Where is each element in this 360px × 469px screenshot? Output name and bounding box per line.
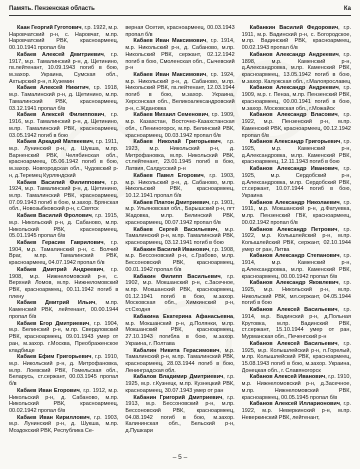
memorial-entry: Кабаев Аркадий Матвеевич, г.р. 1911, м.р… <box>9 139 118 179</box>
memorial-entry: Кабаев Михаил Семенович, г.р. 1909, м.р.… <box>125 112 234 139</box>
memorial-entry: Кабаев Дмитрий Ильич, м.пр. Каменский РВ… <box>9 300 118 320</box>
entry-person-name: Кабаев Аркадий Матвеевич <box>17 139 93 145</box>
memorial-entry: Кабалов Владимир Дмитриевич, г.р. 1925, … <box>125 374 234 394</box>
entry-person-name: Кабакин Василий Иванович <box>133 247 209 253</box>
memorial-entry: Кабанов Александр Николаевич, г.р. 1911,… <box>242 200 351 227</box>
memorial-entry: Кабаев Алексей Филиппович, г.р. 1916, м.… <box>9 112 118 139</box>
memorial-entry: Кабаев Дмитрий Андреевич, г.р. 1908, м.р… <box>9 267 118 301</box>
entry-person-name: Кабаев Герасим Гаврилович <box>17 240 104 246</box>
entry-person-name: Кабанов Александр Григорьевич <box>250 139 341 145</box>
entry-person-name: Кабанов Александр Степанович <box>250 253 340 259</box>
entry-person-name: Кабалин Никита Герасимович <box>133 348 219 354</box>
entry-person-name: Кабанов Алексей Илларионович <box>250 401 340 407</box>
entry-person-name: Кабанкин Василий Федорович <box>250 25 338 31</box>
page-header: Память. Пензенская область Ка <box>9 6 351 16</box>
entry-details: , г.р. 1911, м.р. Лунинский р-н, д. Шукш… <box>9 139 118 179</box>
entry-person-name: Кабанин Григорий Дмитриевич <box>133 395 222 401</box>
memorial-entry: Кабаев Сергей Васильевич, м.р. Тамалинск… <box>125 227 234 247</box>
entry-person-name: Кабаев Николай Григорьевич <box>133 139 220 145</box>
memorial-entry: Кабаев Алексей Никитич, г.р. 1918, м.р. … <box>9 85 118 112</box>
entry-person-name: Кабанов Александр Яковлевич <box>250 280 339 286</box>
memorial-entry: Кабанов Алексей Васильевич, г.р. 1914, м… <box>242 307 351 341</box>
entry-person-name: Кабаев Иван Максимович <box>133 38 206 44</box>
entry-person-name: Кабаев Дмитрий Андреевич <box>17 267 103 273</box>
entry-person-name: Кабаев Василий Фролович <box>17 213 92 219</box>
memorial-entry: Кабаев Егор Дмитриевич, г.р. 1904, м.р. … <box>9 321 118 355</box>
entry-person-name: Кабакина Екатерина Афанасьевна <box>133 314 233 320</box>
entry-person-name: Кабаев Сергей Васильевич <box>133 227 217 233</box>
entry-details: , г.р. 1924, м.р. Никольский р-н, д. Саб… <box>125 72 234 112</box>
entry-person-name: Кабаев Алексей Филиппович <box>17 112 104 118</box>
memorial-entry: Кабанов Александр Иванович, г.р. 1925, м… <box>242 166 351 200</box>
entry-person-name: Кабакин Филипп Васильевич <box>133 274 220 280</box>
entry-person-name: Кабалов Владимир Дмитриевич <box>133 374 223 380</box>
page-footer: – 5 – <box>0 454 360 461</box>
memorial-entry: Кабакин Филипп Васильевич, г.р. 1902, м.… <box>125 274 234 314</box>
entry-details: , г.р. 1902, м.р. Мокшанский р-н, с.Засе… <box>125 274 234 314</box>
memorial-entry: Кабаев Иван Кириллович, г.р. 1903, м.р. … <box>9 415 118 435</box>
memorial-entry: Кабанов Александр Власович, г.р. 1922, м… <box>242 112 351 139</box>
header-letter-index: Ка <box>344 6 351 12</box>
memorial-entry: Кабаев Иван Егорович, г.р. 1912, м.р. Ни… <box>9 388 118 415</box>
memorial-entry: Кабанов Александр Григорьевич, г.р. 1925… <box>242 139 351 166</box>
memorial-entry: Кабанкин Василий Федорович, г.р. 1911, м… <box>242 25 351 52</box>
memorial-entry: Кабанов Александр Степанович, г.р. 1914,… <box>242 253 351 280</box>
text-columns: Каан Георгий Гуготович, г.р. 1922, м.р. … <box>9 25 351 435</box>
entry-details: , г.р. 1913, м.р. Бессоновский р-н, м.пр… <box>125 395 234 435</box>
memorial-entry: Кабанов Алексей Васильевич, г.р. 1925, м… <box>242 341 351 375</box>
column-3: Кабанкин Василий Федорович, г.р. 1911, м… <box>242 25 351 435</box>
memorial-entry: верная Осетия, красноармеец, 00.03.1943 … <box>125 25 234 38</box>
entry-person-name: Кабанов Алексей Иванович <box>250 374 326 380</box>
memorial-entry: Каан Георгий Гуготович, г.р. 1922, м.р. … <box>9 25 118 52</box>
memorial-entry: Кабаев Василий Фролович, г.р. 1915, м.р.… <box>9 213 118 240</box>
memorial-entry: Кабаев Герасим Гаврилович, г.р. 1904, м.… <box>9 240 118 267</box>
entry-person-name: Кабанов Александр Николаевич <box>250 200 340 206</box>
entry-person-name: Кабаев Павел Егорович <box>133 173 203 179</box>
entry-person-name: Кабаев Алексей Никитич <box>17 85 89 91</box>
entry-person-name: Кабанов Александр Власович <box>250 112 338 118</box>
entry-person-name: Кабаев Ефим Григорьевич <box>17 354 91 360</box>
entry-details: верная Осетия, красноармеец, 00.03.1943 … <box>125 25 234 38</box>
entry-person-name: Кабаев Платон Дмитриевич <box>133 200 209 206</box>
memorial-entry: Кабаев Иван Максимович, г.р. 1924, м.р. … <box>125 72 234 112</box>
entry-person-name: Кабаев Михаил Семенович <box>133 112 208 118</box>
entry-person-name: Кабанов Александр Иванович <box>250 166 338 172</box>
memorial-entry: Кабаев Платон Дмитриевич, г.р. 1901, м.р… <box>125 200 234 227</box>
memorial-entry: Кабанов Александр Андреевич, г.р. 1909, … <box>242 85 351 112</box>
memorial-entry: Кабаев Павел Егорович, г.р. 1903, м.р. Н… <box>125 173 234 200</box>
memorial-entry: Кабаев Алексей Дмитриевич, г.р. 1917, м.… <box>9 52 118 86</box>
entry-person-name: Кабаев Егор Дмитриевич <box>17 321 89 327</box>
scanned-book-page: Память. Пензенская область Ка Каан Георг… <box>0 0 360 469</box>
entry-person-name: Кабаев Василий Филиппович <box>17 180 105 186</box>
memorial-entry: Кабакина Екатерина Афанасьевна, м.р. Мок… <box>125 314 234 348</box>
memorial-entry: Кабанов Александр Петрович, г.р. 1922, м… <box>242 227 351 254</box>
header-book-title: Память. Пензенская область <box>9 6 95 12</box>
memorial-entry: Кабакин Василий Иванович, г.р. 1908, м.р… <box>125 247 234 274</box>
memorial-entry: Кабанов Алексей Иванович, г.р. 1910, м.р… <box>242 374 351 401</box>
page-number: – 5 – <box>173 454 187 461</box>
memorial-entry: Кабаев Ефим Григорьевич, г.р. 1910, м.р.… <box>9 354 118 388</box>
memorial-entry: Кабалин Никита Герасимович, м.р. Тамалин… <box>125 348 234 375</box>
entry-person-name: Кабанов Александр Андреевич <box>250 52 339 58</box>
entry-person-name: Кабанов Александр Андреевич <box>250 85 339 91</box>
entry-person-name: Кабаев Алексей Дмитриевич <box>17 52 104 58</box>
entry-person-name: Кабанов Александр Петрович <box>250 227 338 233</box>
memorial-entry: Кабанин Григорий Дмитриевич, г.р. 1913, … <box>125 395 234 435</box>
entry-person-name: Кабаев Иван Максимович <box>133 72 206 78</box>
memorial-entry: Кабанов Алексей Илларионович, г.р. 1922,… <box>242 401 351 421</box>
entry-person-name: Кабанов Алексей Васильевич <box>250 341 338 347</box>
memorial-entry: Кабанов Александр Яковлевич, г.р. 1925, … <box>242 280 351 307</box>
entry-person-name: Кабаев Иван Кириллович <box>17 415 90 421</box>
memorial-entry: Кабаев Иван Максимович, г.р. 1914, м.р. … <box>125 38 234 72</box>
entry-person-name: Кабаев Иван Егорович <box>17 388 80 394</box>
memorial-entry: Кабаев Василий Филиппович, г.р. 1924, м.… <box>9 180 118 214</box>
entry-person-name: Кабаев Дмитрий Ильич <box>17 300 95 306</box>
column-1: Каан Георгий Гуготович, г.р. 1922, м.р. … <box>9 25 118 435</box>
memorial-entry: Кабаев Николай Григорьевич, г.р. 1923, м… <box>125 139 234 173</box>
entry-person-name: Каан Георгий Гуготович <box>17 25 82 31</box>
memorial-entry: Кабанов Александр Андреевич, г.р. 1898, … <box>242 52 351 86</box>
column-2: верная Осетия, красноармеец, 00.03.1943 … <box>125 25 234 435</box>
entry-person-name: Кабанов Алексей Васильевич <box>250 307 338 313</box>
